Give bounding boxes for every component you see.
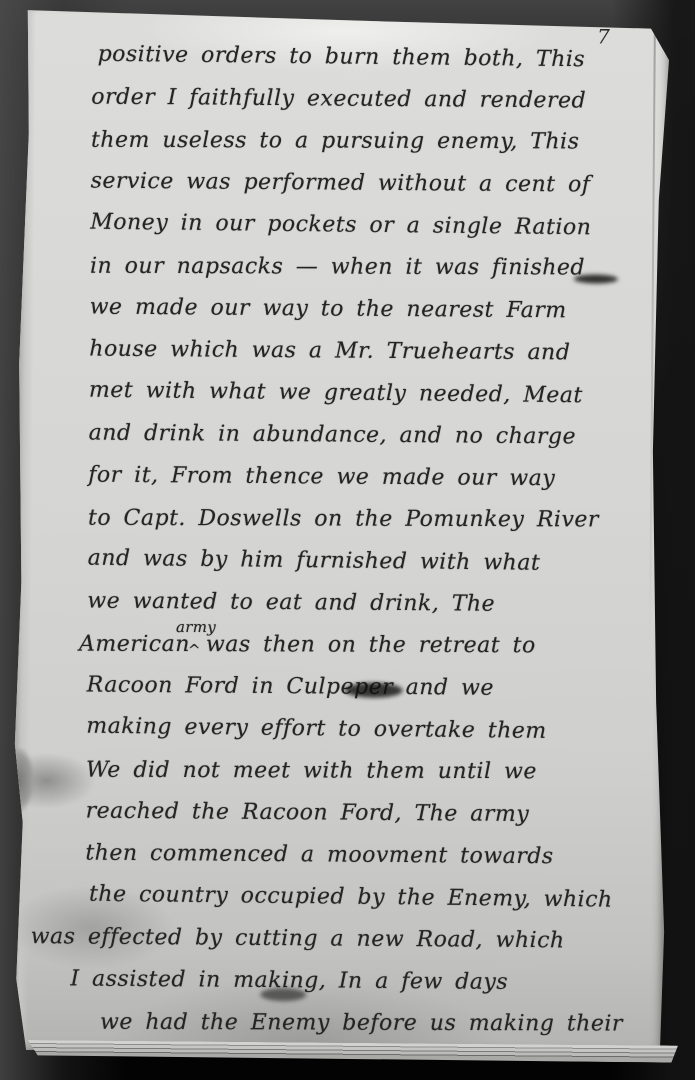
line-text-after-insertion: was then on the retreat to [206,632,536,658]
manuscript-line: house which was a Mr. Truehearts and [33,328,663,375]
line-text-before-insertion: American [79,632,190,657]
manuscript-line-with-insertion: Americanarmy^was then on the retreat to [31,623,661,667]
manuscript-line: we wanted to eat and drink, The [31,580,661,627]
torn-paper-edge [8,748,35,812]
manuscript-line: met with what we greatly needed, Meat [33,369,663,418]
ink-smudge [345,683,403,698]
manuscript-line: in our napsacks — when it was finished [34,245,664,289]
manuscript-line: the country occupied by the Enemy, which [29,873,659,922]
manuscript-line: we had the Enemy before us making their [28,1001,658,1045]
manuscript-line: reached the Racoon Ford, The army [30,790,660,837]
manuscript-line: Money in our pockets or a single Ration [34,201,664,250]
manuscript-line: them useless to a pursuing enemy, This [35,119,665,163]
manuscript-line: we made our way to the nearest Farm [33,286,663,333]
manuscript-line: was effected by cutting a new Road, whic… [29,916,659,963]
manuscript-line: then commenced a moovment towards [29,832,659,879]
manuscript-line: and drink in abundance, and no charge [32,412,662,459]
inserted-word-above-line: army [176,620,216,634]
ink-smudge [574,274,618,283]
manuscript-line: We did not meet with them until we [30,749,660,793]
manuscript-line: positive orders to burn them both, This [35,33,665,82]
manuscript-line: order I faithfully executed and rendered [35,76,665,123]
insertion-point: army^ [190,629,206,651]
manuscript-page: 7 positive orders to burn them both, Thi… [12,8,672,1057]
photograph-background: 7 positive orders to burn them both, Thi… [0,0,695,1080]
manuscript-line: to Capt. Doswells on the Pomunkey River [32,497,662,541]
manuscript-line: I assisted in making, In a few days [28,958,658,1005]
insertion-caret: ^ [188,643,201,657]
manuscript-text: positive orders to burn them both, This … [28,34,666,1047]
manuscript-line: making every effort to overtake them [30,705,660,754]
manuscript-line: service was performed without a cent of [34,160,664,207]
manuscript-line: and was by him furnished with what [31,537,661,586]
ink-smudge [260,988,306,1001]
manuscript-line: for it, From thence we made our way [32,454,662,501]
